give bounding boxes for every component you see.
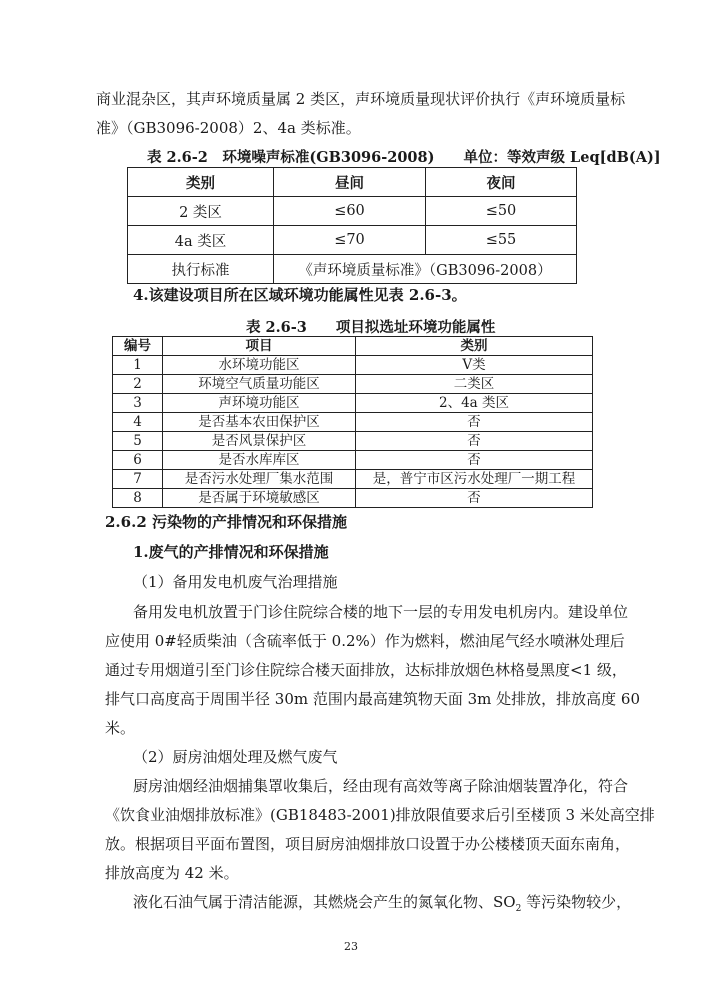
cell: ≤60 [274, 197, 426, 226]
cell: 5 [113, 432, 163, 451]
section-heading: 2.6.2 污染物的产排情况和环保措施 [105, 515, 347, 530]
para2-line-3: 放。根据项目平面布置图，项目厨房油烟排放口设置于办公楼楼顶天面东南角， [105, 837, 630, 852]
item4-heading: 4.该建设项目所在区域环境功能属性见表 2.6-3。 [133, 288, 467, 303]
cell: 2 类区 [128, 197, 274, 226]
para2-line-2: 《饮食业油烟排放标准》(GB18483-2001)排放限值要求后引至楼顶 3 米… [105, 808, 655, 823]
intro-line-1: 商业混杂区，其声环境质量属 2 类区，声环境质量现状评价执行《声环境质量标 [96, 92, 625, 107]
sub-heading: 1.废气的产排情况和环保措施 [133, 545, 329, 560]
table-header-row: 类别 昼间 夜间 [128, 168, 577, 197]
cell: 是否基本农田保护区 [163, 413, 356, 432]
table-row: 5是否风景保护区否 [113, 432, 593, 451]
cell: 否 [356, 432, 593, 451]
page-number: 23 [344, 940, 358, 953]
para1-line-2: 应使用 0#轻质柴油（含硫率低于 0.2%）作为燃料，燃油尾气经水喷淋处理后 [105, 634, 625, 649]
table-row: 1水环境功能区Ⅴ类 [113, 356, 593, 375]
intro-line-2: 准》（GB3096-2008）2、4a 类标准。 [96, 121, 361, 136]
header-number: 编号 [113, 337, 163, 356]
para3-line-1: 液化石油气属于清洁能源，其燃烧会产生的氮氧化物、SO2 等污染物较少， [133, 895, 631, 917]
table-header-row: 编号 项目 类别 [113, 337, 593, 356]
item1-title: （1）备用发电机废气治理措施 [133, 575, 338, 590]
para1-line-4: 排气口高度高于周围半径 30m 范围内最高建筑物天面 3m 处排放，排放高度 6… [105, 692, 640, 707]
footer-value: 《声环境质量标准》（GB3096-2008） [274, 255, 577, 284]
para1-line-1: 备用发电机放置于门诊住院综合楼的地下一层的专用发电机房内。建设单位 [133, 605, 628, 620]
table2-caption: 表 2.6-3 项目拟选址环境功能属性 [246, 316, 495, 337]
cell: 1 [113, 356, 163, 375]
noise-standard-table: 类别 昼间 夜间 2 类区 ≤60 ≤50 4a 类区 ≤70 ≤55 执行标准… [127, 167, 577, 284]
table-row: 4是否基本农田保护区否 [113, 413, 593, 432]
footer-label: 执行标准 [128, 255, 274, 284]
table-row: 2 类区 ≤60 ≤50 [128, 197, 577, 226]
table1-caption: 表 2.6-2 环境噪声标准(GB3096-2008) 单位：等效声级 Leq[… [147, 146, 661, 167]
header-item: 项目 [163, 337, 356, 356]
table-row: 7是否污水处理厂集水范围是，普宁市区污水处理厂一期工程 [113, 470, 593, 489]
cell: 二类区 [356, 375, 593, 394]
cell: 水环境功能区 [163, 356, 356, 375]
table-row: 3声环境功能区2、4a 类区 [113, 394, 593, 413]
header-day: 昼间 [274, 168, 426, 197]
table-row: 8是否属于环境敏感区否 [113, 489, 593, 508]
environment-function-table: 编号 项目 类别 1水环境功能区Ⅴ类 2环境空气质量功能区二类区 3声环境功能区… [112, 336, 593, 508]
cell: 2、4a 类区 [356, 394, 593, 413]
cell: Ⅴ类 [356, 356, 593, 375]
cell: 环境空气质量功能区 [163, 375, 356, 394]
table-row: 4a 类区 ≤70 ≤55 [128, 226, 577, 255]
para3-text-end: 等污染物较少， [521, 893, 631, 911]
cell: 是否污水处理厂集水范围 [163, 470, 356, 489]
cell: 是否属于环境敏感区 [163, 489, 356, 508]
cell: 否 [356, 413, 593, 432]
header-night: 夜间 [426, 168, 577, 197]
table-row: 6是否水库库区否 [113, 451, 593, 470]
cell: 7 [113, 470, 163, 489]
para1-line-3: 通过专用烟道引至门诊住院综合楼天面排放，达标排放烟色林格曼黑度<1 级， [105, 663, 627, 678]
header-category: 类别 [128, 168, 274, 197]
cell: 2 [113, 375, 163, 394]
cell: 8 [113, 489, 163, 508]
table-row: 2环境空气质量功能区二类区 [113, 375, 593, 394]
cell: 3 [113, 394, 163, 413]
cell: ≤55 [426, 226, 577, 255]
cell: 否 [356, 451, 593, 470]
header-category: 类别 [356, 337, 593, 356]
cell: ≤70 [274, 226, 426, 255]
cell: 6 [113, 451, 163, 470]
cell: 否 [356, 489, 593, 508]
para1-line-5: 米。 [105, 721, 135, 736]
cell: 4 [113, 413, 163, 432]
cell: 是否风景保护区 [163, 432, 356, 451]
table-footer-row: 执行标准 《声环境质量标准》（GB3096-2008） [128, 255, 577, 284]
para2-line-1: 厨房油烟经油烟捕集罩收集后，经由现有高效等离子除油烟装置净化，符合 [133, 779, 628, 794]
para3-text: 液化石油气属于清洁能源，其燃烧会产生的氮氧化物、SO [133, 893, 516, 911]
cell: 4a 类区 [128, 226, 274, 255]
para2-line-4: 排放高度为 42 米。 [105, 866, 239, 881]
cell: 声环境功能区 [163, 394, 356, 413]
item2-title: （2）厨房油烟处理及燃气废气 [133, 750, 338, 765]
cell: 是，普宁市区污水处理厂一期工程 [356, 470, 593, 489]
cell: 是否水库库区 [163, 451, 356, 470]
cell: ≤50 [426, 197, 577, 226]
